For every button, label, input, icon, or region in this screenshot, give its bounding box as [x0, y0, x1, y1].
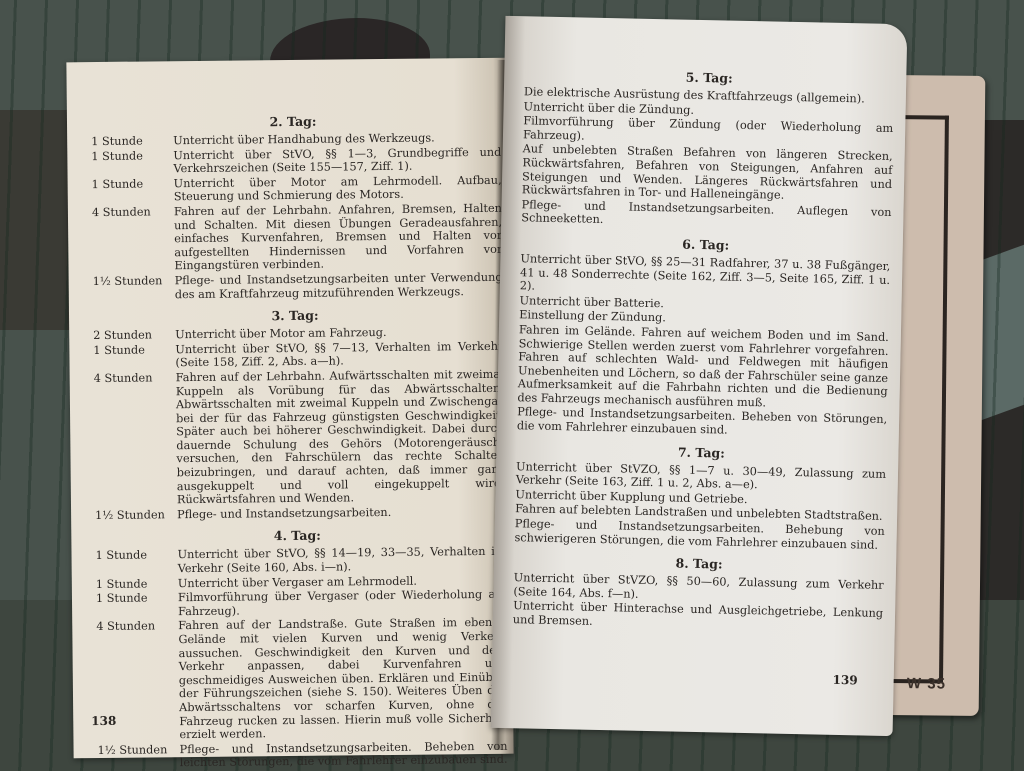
lesson-description: Pflege- und Instandsetzungsarbeiten unte…	[175, 271, 503, 302]
lesson-description: Unterricht über StVO, §§ 14—19, 33—35, V…	[177, 545, 505, 576]
lesson-duration: 1 Stunde	[90, 577, 178, 592]
left-page: 2. Tag:1 StundeUnterricht über Handhabun…	[66, 58, 513, 759]
lesson-description: Auf unbelebten Straßen Befahren von läng…	[522, 143, 893, 205]
lesson-entry: 4 StundenFahren auf der Landstraße. Gute…	[90, 616, 507, 743]
lesson-duration: 1½ Stunden	[89, 508, 177, 523]
lesson-entry: 1 StundeUnterricht über StVO, §§ 14—19, …	[89, 545, 505, 577]
lesson-description: Filmvorführung über Vergaser (oder Wiede…	[178, 588, 506, 619]
lesson-entry: Unterricht über StVO, §§ 25—31 Radfahrer…	[520, 252, 891, 301]
lesson-duration: 1 Stunde	[85, 134, 173, 149]
lesson-duration: 1 Stunde	[87, 343, 175, 371]
lesson-entry: Auf unbelebten Straßen Befahren von läng…	[522, 143, 893, 205]
lesson-description: Fahren auf der Lehrbahn. Aufwärtsschalte…	[176, 368, 505, 507]
lesson-entry: 1½ StundenPflege- und Instandsetzungsarb…	[92, 739, 508, 771]
lesson-duration: 1 Stunde	[90, 591, 178, 619]
right-page-content: 5. Tag:Die elektrische Ausrüstung des Kr…	[513, 58, 895, 635]
lesson-entry: 4 StundenFahren auf der Lehrbahn. Aufwär…	[88, 368, 505, 508]
day-heading: 2. Tag:	[85, 112, 501, 131]
day-heading: 4. Tag:	[89, 526, 505, 545]
lesson-entry: 1½ StundenPflege- und Instandsetzungsarb…	[87, 271, 503, 303]
lesson-duration: 4 Stunden	[86, 205, 175, 274]
lesson-duration: 1½ Stunden	[92, 743, 180, 771]
lesson-duration: 1 Stunde	[89, 549, 177, 577]
page-number: 138	[91, 714, 116, 728]
page-number: 139	[832, 673, 857, 688]
lesson-description: Fahren im Gelände. Fahren auf weichem Bo…	[517, 323, 889, 412]
lesson-duration: 4 Stunden	[88, 371, 177, 508]
lesson-entry: 1 StundeUnterricht über StVO, §§ 7—13, V…	[87, 339, 503, 371]
lesson-entry: 1 StundeUnterricht über Motor am Lehrmod…	[86, 174, 502, 206]
lesson-duration: 1½ Stunden	[87, 274, 175, 302]
day-heading: 3. Tag:	[87, 306, 503, 325]
left-page-content: 2. Tag:1 StundeUnterricht über Handhabun…	[85, 104, 508, 771]
right-page: 5. Tag:Die elektrische Ausrüstung des Kr…	[491, 16, 908, 736]
lesson-description: Unterricht über Motor am Lehrmodell. Auf…	[174, 174, 502, 205]
lesson-description: Fahren auf der Lehrbahn. Anfahren, Brems…	[174, 202, 503, 273]
lesson-duration: 1 Stunde	[86, 177, 174, 205]
lesson-description: Pflege- und Instandsetzungsarbeiten.	[177, 505, 505, 522]
lesson-description: Unterricht über StVO, §§ 7—13, Verhalten…	[175, 339, 503, 370]
lesson-description: Unterricht über StVO, §§ 1—3, Grundbegri…	[173, 145, 501, 176]
cover-code: W 35	[907, 675, 946, 692]
lesson-entry: 4 StundenFahren auf der Lehrbahn. Anfahr…	[86, 202, 503, 274]
lesson-description: Pflege- und Instandsetzungsarbeiten. Beh…	[180, 739, 508, 770]
lesson-entry: Fahren im Gelände. Fahren auf weichem Bo…	[517, 323, 889, 412]
lesson-entry: 1 StundeFilmvorführung über Vergaser (od…	[90, 588, 506, 620]
lesson-duration: 1 Stunde	[85, 149, 173, 177]
lesson-entry: 1 StundeUnterricht über StVO, §§ 1—3, Gr…	[85, 145, 501, 177]
lesson-description: Fahren auf der Landstraße. Gute Straßen …	[178, 616, 507, 742]
lesson-description: Unterricht über StVO, §§ 25—31 Radfahrer…	[520, 252, 891, 301]
lesson-duration: 2 Stunden	[87, 328, 175, 343]
